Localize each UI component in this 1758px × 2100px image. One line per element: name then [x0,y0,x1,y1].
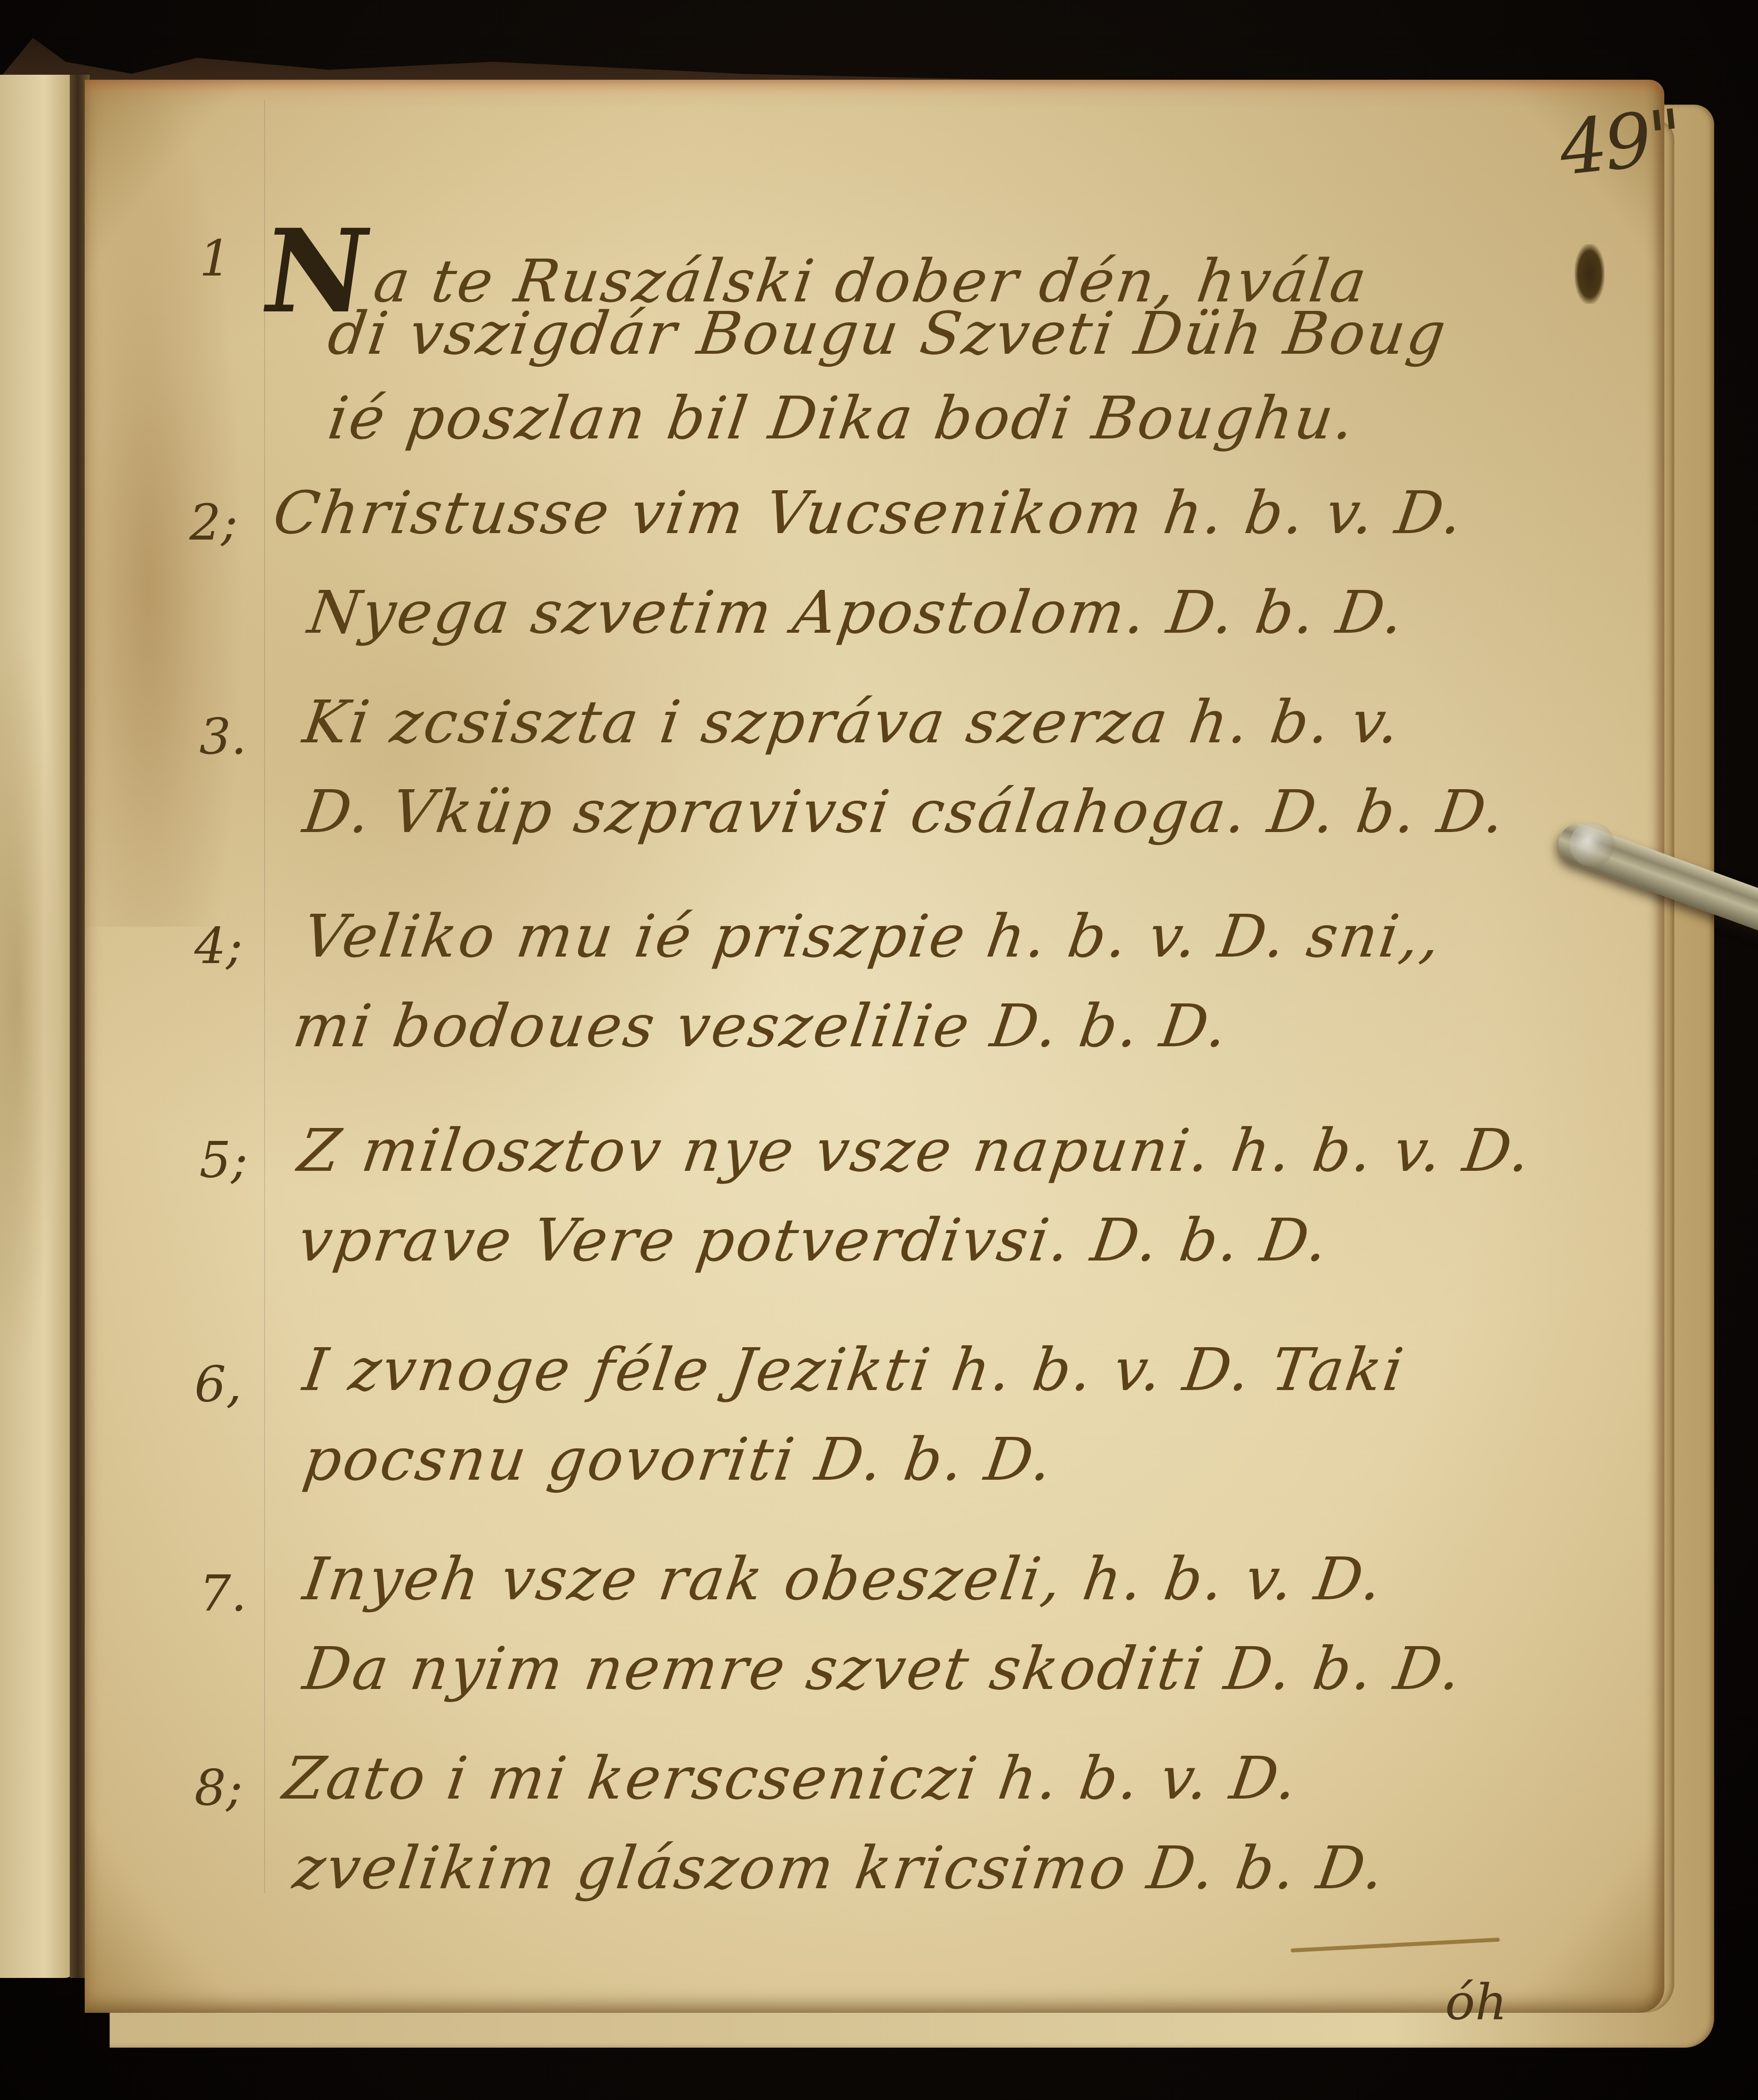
verse-number: 6, [194,1355,242,1413]
verse-line: Ki zcsiszta i szpráva szerza h. b. v. [299,688,1406,756]
verse-number: 4; [194,917,243,975]
verse-line: mi bodoues veszelilie D. b. D. [289,991,1233,1060]
left-facing-page [0,75,75,1978]
verse-line: Da nyim nemre szvet skoditi D. b. D. [299,1634,1467,1703]
verse-number: 1 [199,229,231,287]
verse-line: Zato i mi kerscseniczi h. b. v. D. [279,1744,1303,1813]
verse-line: I zvnoge féle Jezikti h. b. v. D. Taki [299,1335,1409,1404]
verse-line: Veliko mu ié priszpie h. b. v. D. sni,, [299,902,1447,971]
verse-line: Nyega szvetim Apostolom. D. b. D. [304,578,1410,647]
verse-number: 2; [189,493,238,552]
water-stain [0,623,60,1370]
verse-number: 5; [199,1131,248,1189]
verse-line: Christusse vim Vucsenikom h. b. v. D. [269,478,1468,547]
verse-line: ié poszlan bil Dika bodi Boughu. [324,384,1360,452]
verse-line: Z milosztov nye vsze napuni. h. b. v. D. [294,1116,1536,1185]
catchword: óh [1445,1973,1507,2031]
manuscript-photo: 49" 1 Na te Ruszálski dober dén, hvála d… [0,0,1758,2100]
verse-line: zvelikim glászom kricsimo D. b. D. [289,1833,1390,1902]
hymn-text: 1 Na te Ruszálski dober dén, hvála di vs… [85,80,1664,2013]
verse-line: Inyeh vsze rak obeszeli, h. b. v. D. [299,1544,1388,1613]
verse-number: 7. [199,1564,247,1623]
verse-number: 8; [194,1759,243,1817]
verse-number: 3. [199,707,247,766]
verse-line: vprave Vere potverdivsi. D. b. D. [294,1206,1333,1274]
manuscript-page: 49" 1 Na te Ruszálski dober dén, hvála d… [85,80,1664,2013]
verse-line: D. Vküp szpravivsi csálahoga. D. b. D. [299,777,1510,846]
glass-rod-tip [1570,822,1614,867]
verse-line: pocsnu govoriti D. b. D. [299,1425,1058,1494]
verse-line: di vszigdár Bougu Szveti Düh Boug [324,299,1452,368]
